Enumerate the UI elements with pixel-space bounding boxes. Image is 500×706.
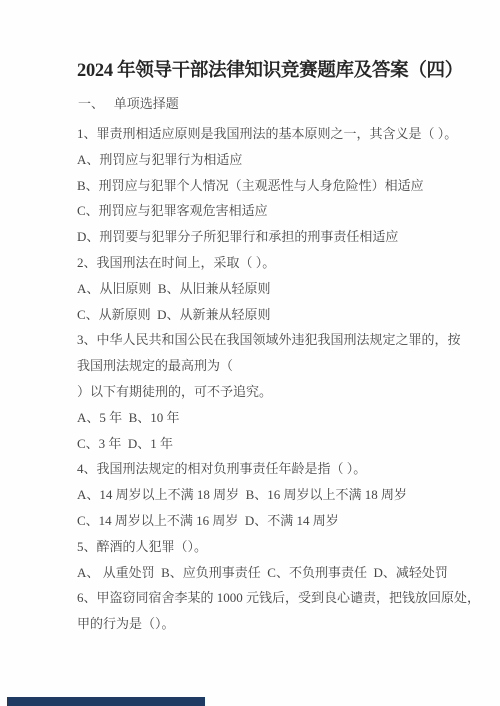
question-line: 3、中华人民共和国公民在我国领域外违犯我国刑法规定之罪的，按 <box>77 327 500 353</box>
option-line: A、刑罚应与犯罪行为相适应 <box>77 147 500 173</box>
page-title: 2024 年领导干部法律知识竞赛题库及答案（四） <box>0 0 500 82</box>
option-line: C、3 年 D、1 年 <box>77 431 500 457</box>
option-line: C、14 周岁以上不满 16 周岁 D、不满 14 周岁 <box>77 508 500 534</box>
question-line: 6、甲盗窃同宿舍李某的 1000 元钱后，受到良心谴责，把钱放回原处， <box>77 585 500 611</box>
question-line: 5、醉酒的人犯罪（）。 <box>77 534 500 560</box>
question-continuation-line: ）以下有期徒刑的，可不予追究。 <box>77 379 500 405</box>
option-line: A、14 周岁以上不满 18 周岁 B、16 周岁以上不满 18 周岁 <box>77 482 500 508</box>
option-line: B、刑罚应与犯罪个人情况（主观恶性与人身危险性）相适应 <box>77 173 500 199</box>
section-heading: 一、 单项选择题 <box>78 93 500 112</box>
option-line: C、刑罚应与犯罪客观危害相适应 <box>77 198 500 224</box>
document-page: 2024 年领导干部法律知识竞赛题库及答案（四） 一、 单项选择题 1、罪责刑相… <box>0 0 500 706</box>
question-line: 2、我国刑法在时间上，采取（ ）。 <box>77 250 500 276</box>
option-line: A、 从重处罚 B、应负刑事责任 C、不负刑事责任 D、减轻处罚 <box>77 560 500 586</box>
option-line: A、从旧原则 B、从旧兼从轻原则 <box>77 276 500 302</box>
option-line: D、刑罚要与犯罪分子所犯罪行和承担的刑事责任相适应 <box>77 224 500 250</box>
option-line: A、5 年 B、10 年 <box>77 405 500 431</box>
question-line: 1、罪责刑相适应原则是我国刑法的基本原则之一，其含义是（ ）。 <box>77 121 500 147</box>
document-body: 1、罪责刑相适应原则是我国刑法的基本原则之一，其含义是（ ）。 A、刑罚应与犯罪… <box>0 121 500 637</box>
question-continuation-line: 甲的行为是（）。 <box>77 611 500 637</box>
question-line: 4、我国刑法规定的相对负刑事责任年龄是指（ ）。 <box>77 456 500 482</box>
option-line: C、从新原则 D、从新兼从轻原则 <box>77 302 500 328</box>
footer-progress-bar <box>7 697 205 706</box>
question-continuation-line: 我国刑法规定的最高刑为（ <box>77 353 500 379</box>
